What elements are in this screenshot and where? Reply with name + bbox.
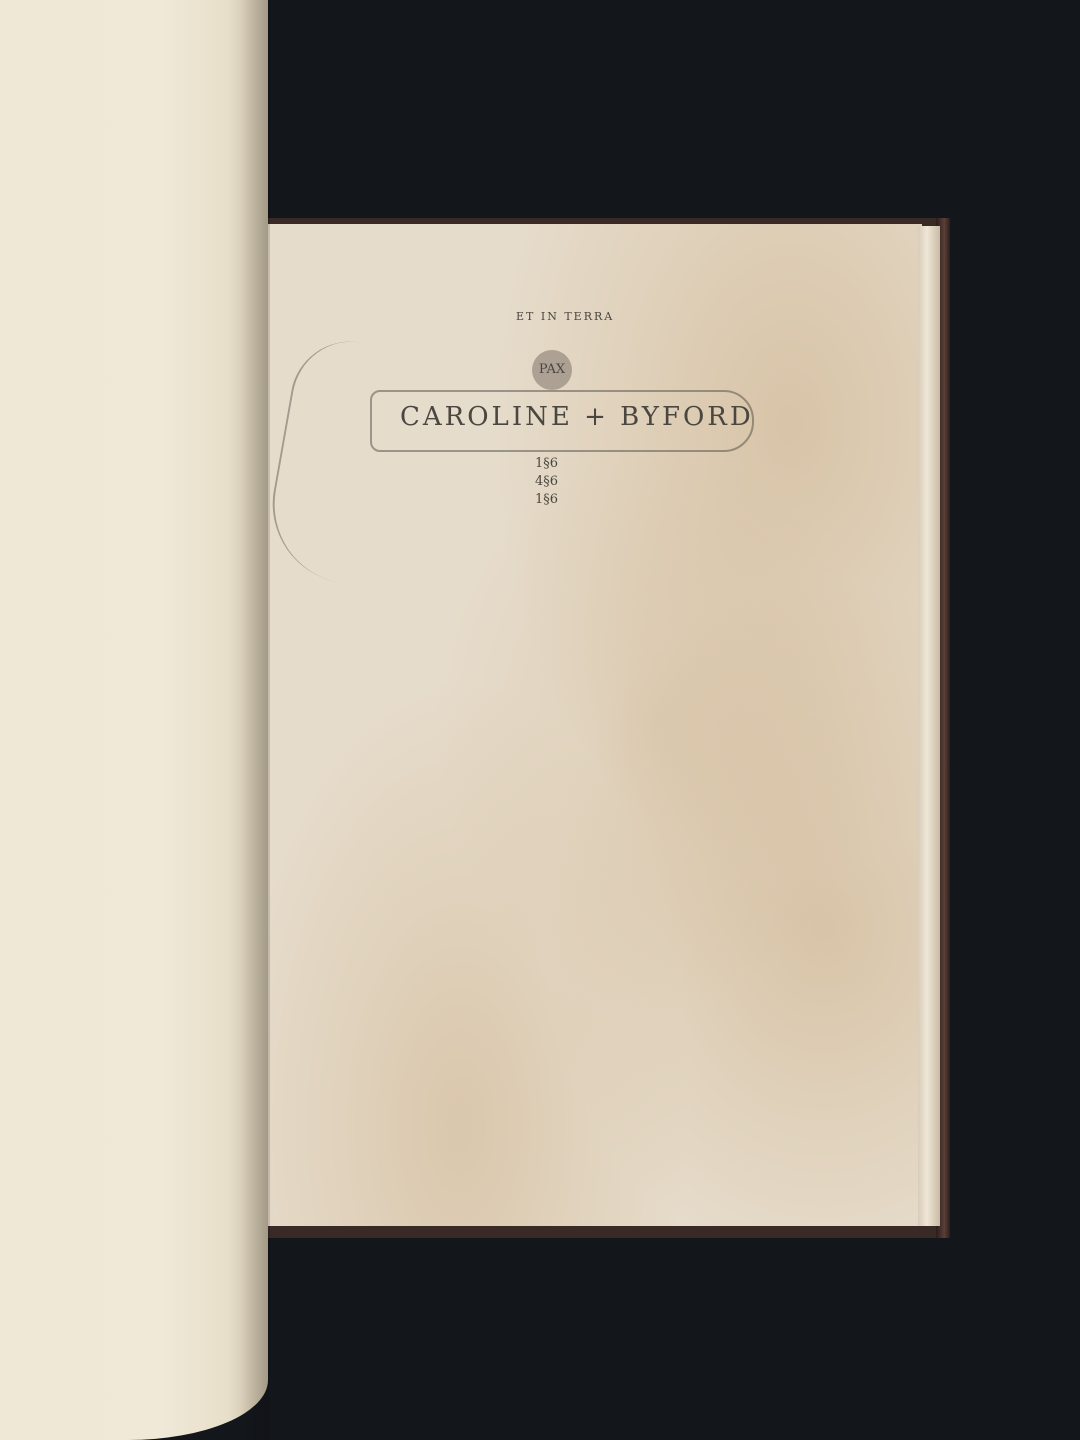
owner-name: CAROLINE + BYFORD: [400, 402, 754, 432]
date-text: 1§6 4§6 1§6: [535, 455, 558, 509]
pax-emblem: PAX: [532, 350, 572, 390]
page-fore-edge: [918, 226, 940, 1226]
ownership-inscription: ET IN TERRA PAX CAROLINE + BYFORD 1§6 4§…: [270, 300, 770, 590]
turned-leaf: [0, 0, 268, 1440]
scroll-flourish: [260, 332, 412, 588]
motto-text: ET IN TERRA: [516, 310, 614, 323]
